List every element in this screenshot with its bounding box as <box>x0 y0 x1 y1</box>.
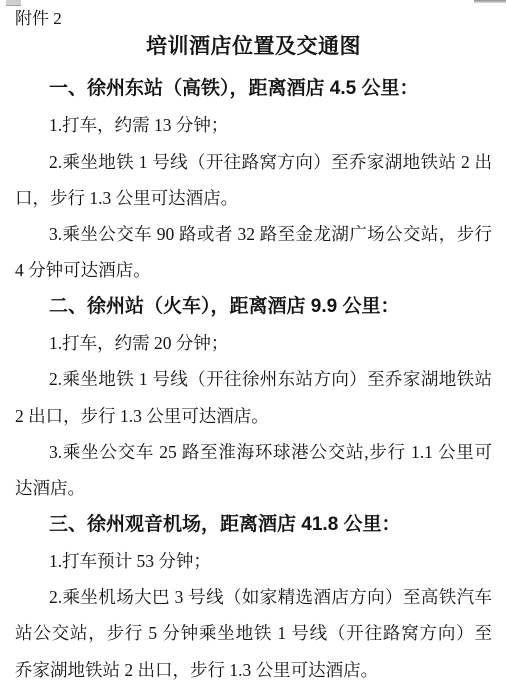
screen-edge-artifact-right <box>474 0 506 3</box>
paragraph-line: 口，步行 1.3 公里可达酒店。 <box>15 180 492 216</box>
document-title: 培训酒店位置及交通图 <box>15 34 492 60</box>
paragraph-line: 3.乘坐公交车 25 路至淮海环球港公交站,步行 1.1 公里可 <box>15 434 492 470</box>
paragraph-line: 3.乘坐公交车 90 路或者 32 路至金龙湖广场公交站，步行 <box>15 216 492 252</box>
paragraph-line: 2 出口，步行 1.3 公里可达酒店。 <box>15 398 492 434</box>
paragraph-line: 乔家湖地铁站 2 出口，步行 1.3 公里可达酒店。 <box>15 652 492 688</box>
section-1-heading: 一、徐州东站（高铁），距离酒店 4.5 公里： <box>15 71 492 107</box>
paragraph-line: 2.乘坐地铁 1 号线（开往徐州东站方向）至乔家湖地铁站 <box>15 361 492 397</box>
paragraph-line: 1.打车，约需 20 分钟； <box>15 325 492 361</box>
document-content: 附件 2 培训酒店位置及交通图 一、徐州东站（高铁），距离酒店 4.5 公里： … <box>15 6 492 688</box>
paragraph-line: 4 分钟可达酒店。 <box>15 252 492 288</box>
paragraph-line: 2.乘坐机场大巴 3 号线（如家精选酒店方向）至高铁汽车 <box>15 579 492 615</box>
document-body: 一、徐州东站（高铁），距离酒店 4.5 公里： 1.打车，约需 13 分钟； 2… <box>15 71 492 688</box>
section-2-heading: 二、徐州站（火车），距离酒店 9.9 公里： <box>15 289 492 325</box>
document-page: 附件 2 培训酒店位置及交通图 一、徐州东站（高铁），距离酒店 4.5 公里： … <box>0 0 507 697</box>
paragraph-line: 站公交站，步行 5 分钟乘坐地铁 1 号线（开往路窝方向）至 <box>15 615 492 651</box>
paragraph-line: 1.打车，约需 13 分钟； <box>15 107 492 143</box>
paragraph-line: 2.乘坐地铁 1 号线（开往路窝方向）至乔家湖地铁站 2 出 <box>15 144 492 180</box>
paragraph-line: 达酒店。 <box>15 470 492 506</box>
attachment-label: 附件 2 <box>15 6 492 32</box>
paragraph-line: 1.打车预计 53 分钟； <box>15 543 492 579</box>
section-3-heading: 三、徐州观音机场，距离酒店 41.8 公里： <box>15 507 492 543</box>
